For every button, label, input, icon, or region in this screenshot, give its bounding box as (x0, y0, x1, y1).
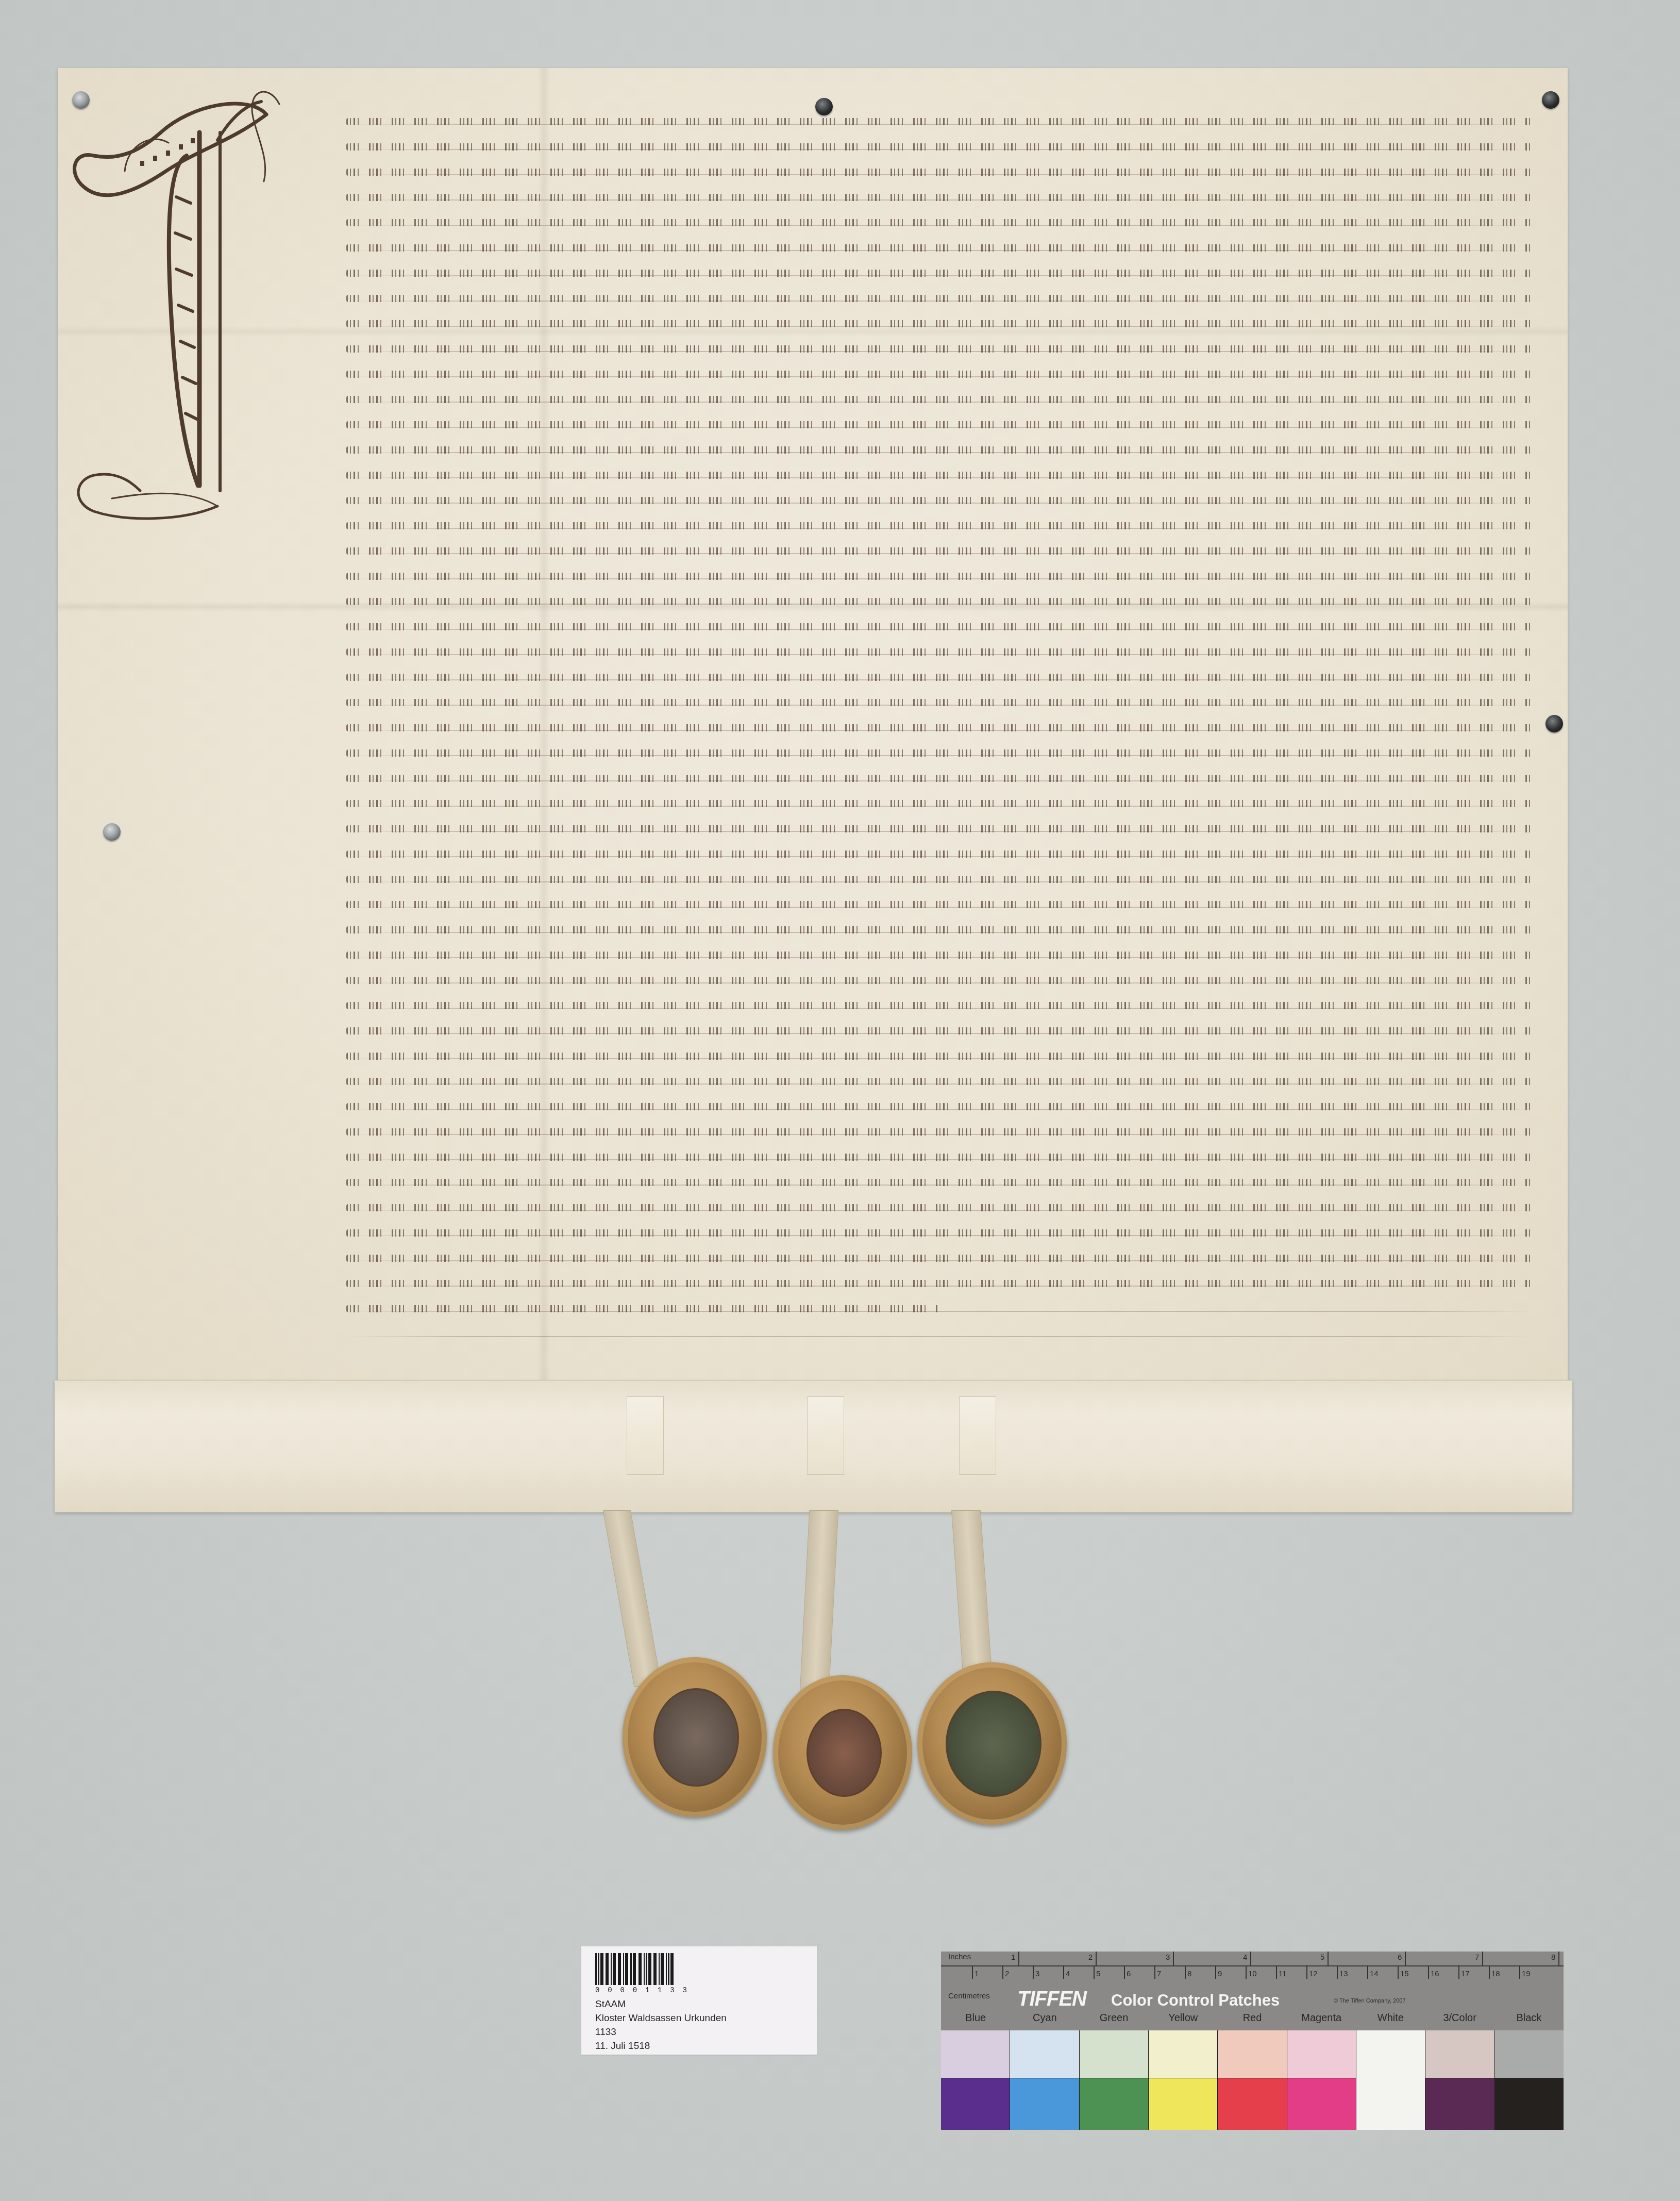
barcode-digit: 3 (683, 1987, 687, 1995)
patch-grid (941, 2030, 1564, 2130)
script-line (346, 182, 1532, 208)
magnet-icon (103, 823, 121, 841)
cm-tick-label: 12 (1309, 1970, 1318, 1978)
patch-dark (1425, 2078, 1494, 2130)
patch-red (1218, 2030, 1287, 2130)
patch-light (1218, 2030, 1286, 2078)
inch-tick-label: 3 (1166, 1953, 1170, 1962)
script-line (346, 1294, 1532, 1319)
inch-tick-label: 5 (1320, 1953, 1324, 1962)
plica-fold (55, 1380, 1572, 1512)
inch-tick-label: 2 (1088, 1953, 1093, 1962)
script-line (346, 1269, 1532, 1294)
patch-name: Green (1079, 2012, 1148, 2029)
barcode (595, 1953, 685, 1985)
patch-name: Cyan (1010, 2012, 1079, 2029)
script-line (346, 688, 1532, 713)
script-line (346, 890, 1532, 915)
cm-tick-label: 14 (1370, 1970, 1379, 1978)
cm-tick-label: 2 (1005, 1970, 1009, 1978)
script-line (346, 107, 1532, 132)
magnet-icon (1545, 715, 1563, 732)
color-control-chart: Inches 1 2 3 4 5 6 7 8 1 2 3 4 5 6 7 8 (941, 1952, 1564, 2130)
chart-title: Color Control Patches (1111, 1991, 1280, 2010)
patch-dark (1080, 2078, 1148, 2130)
chart-copyright: © The Tiffen Company, 2007 (1334, 1998, 1406, 2004)
cm-tick-label: 15 (1400, 1970, 1409, 1978)
cm-tick-label: 10 (1248, 1970, 1257, 1978)
cm-tick-label: 9 (1218, 1970, 1222, 1978)
inches-label: Inches (948, 1953, 971, 1961)
cm-tick-label: 6 (1127, 1970, 1131, 1978)
barcode-digit: 1 (645, 1987, 649, 1995)
patch-dark (1495, 2078, 1564, 2130)
decorated-initial-icon (63, 84, 331, 547)
patch-dark (1287, 2078, 1356, 2130)
patch-black (1495, 2030, 1564, 2130)
inch-tick-label: 1 (1011, 1953, 1015, 1962)
barcode-digit: 1 (658, 1987, 662, 1995)
patch-name: 3/Color (1425, 2012, 1494, 2029)
inch-tick-label: 8 (1551, 1953, 1555, 1962)
archive-name: StAAM (595, 1997, 727, 2011)
patch-light (1149, 2030, 1217, 2078)
barcode-digit: 0 (633, 1987, 637, 1995)
script-line (346, 258, 1532, 284)
wax-seal-1 (623, 1657, 767, 1817)
seal-impression (946, 1691, 1041, 1797)
patch-name: Blue (941, 2012, 1010, 2029)
script-line (346, 410, 1532, 435)
script-line (346, 1092, 1532, 1117)
seal-impression (807, 1709, 882, 1797)
script-line (346, 587, 1532, 612)
cm-tick-label: 17 (1461, 1970, 1470, 1978)
seal-slit (959, 1396, 996, 1475)
script-line (346, 435, 1532, 460)
script-line (346, 1193, 1532, 1218)
cm-tick-label: 11 (1279, 1970, 1287, 1978)
script-line (346, 157, 1532, 182)
patch-light (1425, 2030, 1494, 2078)
seal-impression (653, 1688, 739, 1787)
patch-dark (941, 2078, 1010, 2130)
patch-light (1287, 2030, 1356, 2078)
patch-white (1356, 2030, 1425, 2130)
seal-slit (807, 1396, 844, 1475)
patch-light (1495, 2030, 1564, 2078)
cm-tick-label: 7 (1157, 1970, 1161, 1978)
cm-tick-label: 5 (1096, 1970, 1100, 1978)
script-line (346, 561, 1532, 587)
inch-tick-label: 6 (1398, 1953, 1402, 1962)
script-line (346, 1142, 1532, 1168)
barcode-digit: 0 (595, 1987, 599, 1995)
wax-seal-3 (917, 1662, 1067, 1825)
patch-names: Blue Cyan Green Yellow Red Magenta White… (941, 2012, 1564, 2029)
script-line (346, 536, 1532, 561)
chart-header: Inches 1 2 3 4 5 6 7 8 1 2 3 4 5 6 7 8 (941, 1952, 1564, 2030)
script-line (346, 915, 1532, 940)
cm-tick-label: 19 (1522, 1970, 1531, 1978)
cm-tick-label: 8 (1187, 1970, 1191, 1978)
script-line (346, 940, 1532, 965)
patch-name: Black (1494, 2012, 1564, 2029)
archive-label: 0 0 0 0 1 1 3 3 StAAM Kloster Waldsassen… (581, 1946, 817, 2055)
parchment-sheet (58, 68, 1568, 1385)
patch-light (1080, 2030, 1148, 2078)
script-line (346, 1218, 1532, 1243)
barcode-digit: 0 (608, 1987, 612, 1995)
script-line (346, 1243, 1532, 1269)
patch-name: Red (1218, 2012, 1287, 2029)
document-date: 11. Juli 1518 (595, 2039, 727, 2053)
barcode-digit: 0 (620, 1987, 624, 1995)
script-line (346, 662, 1532, 688)
cm-tick-label: 1 (975, 1970, 979, 1978)
patch-yellow (1149, 2030, 1218, 2130)
script-line (346, 763, 1532, 789)
patch-3color (1425, 2030, 1494, 2130)
script-line (346, 612, 1532, 637)
patch-light (1356, 2030, 1425, 2078)
script-line (346, 864, 1532, 890)
charter-parchment (58, 68, 1568, 1511)
script-line (346, 309, 1532, 334)
script-line (346, 1168, 1532, 1193)
patch-magenta (1287, 2030, 1356, 2130)
patch-green (1080, 2030, 1149, 2130)
script-line (346, 637, 1532, 662)
label-text: StAAM Kloster Waldsassen Urkunden 1133 1… (595, 1997, 727, 2053)
barcode-number: 0 0 0 0 1 1 3 3 (595, 1987, 687, 1995)
script-line (346, 385, 1532, 410)
patch-dark (1010, 2078, 1079, 2130)
script-line (346, 1117, 1532, 1142)
barcode-digit: 3 (670, 1987, 674, 1995)
cm-tick-label: 16 (1431, 1970, 1439, 1978)
script-line (346, 1041, 1532, 1066)
script-line (346, 839, 1532, 864)
script-line (346, 1066, 1532, 1092)
script-line (346, 208, 1532, 233)
script-line (346, 738, 1532, 763)
tiffen-logo: TIFFEN (1017, 1988, 1086, 2011)
script-line (346, 284, 1532, 309)
script-line (346, 1016, 1532, 1041)
script-line-closing (346, 1319, 1532, 1344)
patch-dark (1149, 2078, 1217, 2130)
cm-tick-label: 13 (1339, 1970, 1348, 1978)
centimetres-label: Centimetres (948, 1992, 990, 2000)
seal-slit (627, 1396, 664, 1475)
script-line (346, 334, 1532, 359)
patch-dark (1218, 2078, 1286, 2130)
script-line (346, 486, 1532, 511)
script-line (346, 460, 1532, 486)
script-line (346, 814, 1532, 839)
inch-ruler: Inches 1 2 3 4 5 6 7 8 (941, 1952, 1564, 1966)
patch-cyan (1010, 2030, 1079, 2130)
script-line (346, 233, 1532, 258)
script-line (346, 789, 1532, 814)
cm-ruler: 1 2 3 4 5 6 7 8 9 10 11 12 13 14 15 16 1… (941, 1965, 1564, 1981)
inch-tick-label: 4 (1243, 1953, 1247, 1962)
script-line (346, 991, 1532, 1016)
patch-light (941, 2030, 1010, 2078)
cm-tick-label: 4 (1066, 1970, 1070, 1978)
patch-blue (941, 2030, 1010, 2130)
script-line (346, 713, 1532, 738)
script-line (346, 965, 1532, 991)
magnet-icon (1542, 91, 1559, 109)
charter-text-body (346, 107, 1532, 1344)
patch-name: Magenta (1287, 2012, 1356, 2029)
cm-tick-label: 18 (1491, 1970, 1500, 1978)
wax-seal-2 (773, 1675, 912, 1830)
document-number: 1133 (595, 2025, 727, 2039)
cm-tick-label: 3 (1035, 1970, 1039, 1978)
script-line (346, 511, 1532, 536)
patch-light (1010, 2030, 1079, 2078)
script-line (346, 132, 1532, 157)
script-line (346, 359, 1532, 385)
collection-name: Kloster Waldsassen Urkunden (595, 2011, 727, 2025)
patch-dark (1356, 2078, 1425, 2130)
patch-name: White (1356, 2012, 1425, 2029)
patch-name: Yellow (1149, 2012, 1218, 2029)
inch-tick-label: 7 (1475, 1953, 1479, 1962)
